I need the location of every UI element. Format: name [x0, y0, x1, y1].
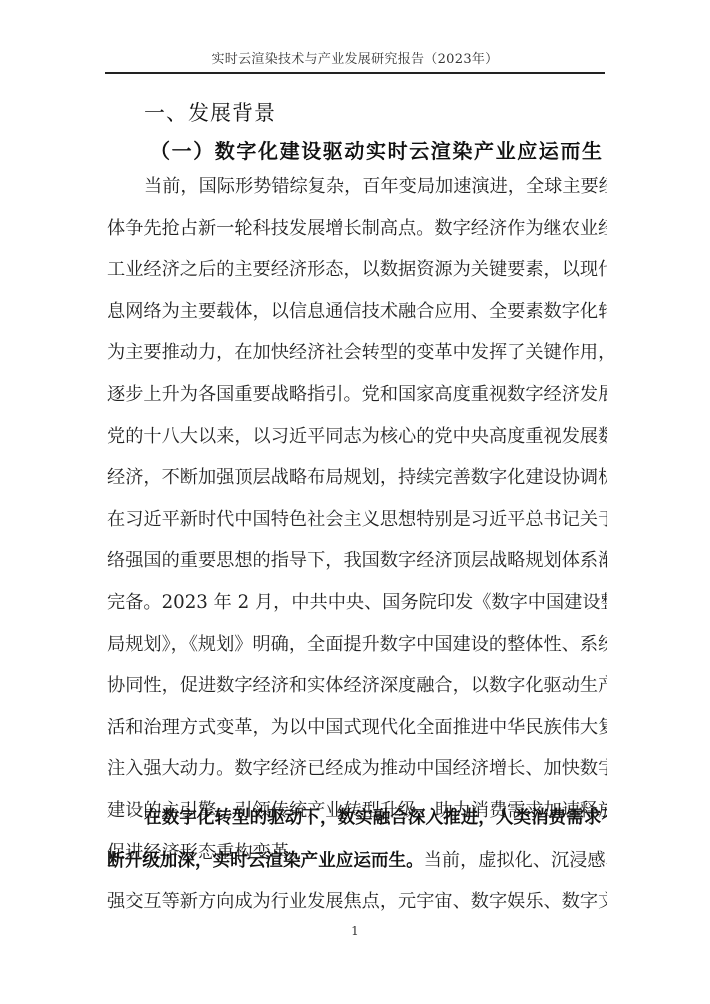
subsection-heading: （一）数字化建设驱动实时云渲染产业应运而生: [150, 135, 604, 164]
paragraph-line: 注入强大动力。数字经济已经成为推动中国经济增长、加快数字化: [107, 748, 607, 790]
paragraph-line: 逐步上升为各国重要战略指引。党和国家高度重视数字经济发展，: [107, 374, 607, 416]
regular-text: 当前，虚拟化、沉浸感、: [424, 850, 607, 871]
paragraph-line: 络强国的重要思想的指导下，我国数字经济顶层战略规划体系渐趋: [107, 540, 607, 582]
paragraph-line: 体争先抢占新一轮科技发展增长制高点。数字经济作为继农业经济、: [107, 208, 607, 250]
paragraph-2: 在数字化转型的驱动下，数实融合深入推进，人类消费需求不 断升级加深，实时云渲染产…: [107, 798, 607, 923]
paragraph-line: 经济，不断加强顶层战略布局规划，持续完善数字化建设协调机制，: [107, 457, 607, 499]
bold-lead-text: 断升级加深，实时云渲染产业应运而生。: [107, 851, 424, 871]
paragraph-line: 息网络为主要载体，以信息通信技术融合应用、全要素数字化转型: [107, 291, 607, 333]
page-number: 1: [0, 924, 710, 938]
paragraph-line: 工业经济之后的主要经济形态，以数据资源为关键要素，以现代信: [107, 249, 607, 291]
header-rule: [105, 72, 605, 74]
paragraph-line: 局规划》，《规划》明确，全面提升数字中国建设的整体性、系统性、: [107, 624, 607, 666]
paragraph-line: 协同性，促进数字经济和实体经济深度融合，以数字化驱动生产生: [107, 665, 607, 707]
paragraph-line-bold: 在数字化转型的驱动下，数实融合深入推进，人类消费需求不: [107, 798, 607, 840]
paragraph-line: 完备。2023 年 2 月，中共中央、国务院印发《数字中国建设整体布: [107, 582, 607, 624]
paragraph-1: 当前，国际形势错综复杂，百年变局加速演进，全球主要经济 体争先抢占新一轮科技发展…: [107, 166, 607, 873]
paragraph-line: 活和治理方式变革，为以中国式现代化全面推进中华民族伟大复兴: [107, 707, 607, 749]
running-header: 实时云渲染技术与产业发展研究报告（2023年）: [105, 48, 605, 67]
paragraph-line: 当前，国际形势错综复杂，百年变局加速演进，全球主要经济: [107, 166, 607, 208]
paragraph-line: 强交互等新方向成为行业发展焦点，元宇宙、数字娱乐、数字文旅、: [107, 881, 607, 923]
paragraph-line: 为主要推动力，在加快经济社会转型的变革中发挥了关键作用，并: [107, 332, 607, 374]
paragraph-line-mixed: 断升级加深，实时云渲染产业应运而生。当前，虚拟化、沉浸感、: [107, 840, 607, 882]
section-heading: 一、发展背景: [144, 97, 276, 127]
document-page: 实时云渲染技术与产业发展研究报告（2023年） 一、发展背景 （一）数字化建设驱…: [0, 0, 710, 1004]
paragraph-line: 在习近平新时代中国特色社会主义思想特别是习近平总书记关于网: [107, 499, 607, 541]
paragraph-line: 党的十八大以来，以习近平同志为核心的党中央高度重视发展数字: [107, 416, 607, 458]
